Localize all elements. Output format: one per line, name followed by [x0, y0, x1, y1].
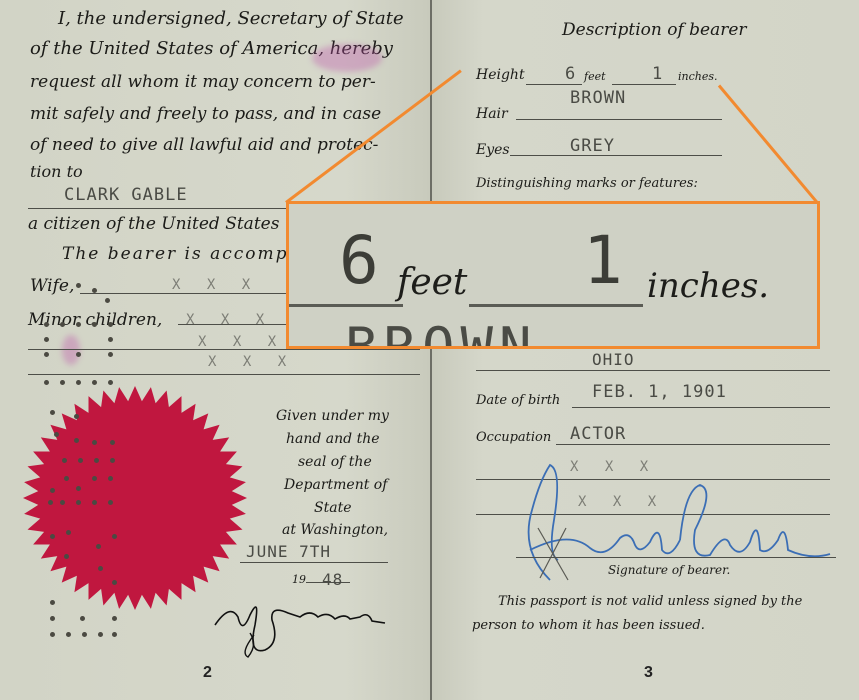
callout-inches-value: 1 [583, 222, 623, 299]
perforation-dot [48, 500, 53, 505]
hair-rule [516, 119, 722, 120]
wife-label: Wife, [30, 276, 74, 296]
perforation-dot [98, 566, 103, 571]
hair-value: BROWN [570, 88, 626, 108]
perforation-dot [94, 458, 99, 463]
page-number-left: 2 [203, 664, 212, 682]
intro-line-5: of need to give all lawful aid and prote… [30, 135, 378, 155]
callout-rule-left [286, 304, 403, 307]
year-suffix: 48 [322, 570, 343, 589]
birthplace-value: OHIO [592, 350, 635, 369]
children-value-3: X X X [208, 354, 295, 370]
callout-feet-label: feet [397, 262, 467, 303]
perforation-dot [92, 440, 97, 445]
perforation-dot [110, 440, 115, 445]
intro-line-3: request all whom it may concern to per- [30, 72, 376, 92]
perforation-dot [76, 380, 81, 385]
given-line-6: at Washington, [282, 522, 388, 538]
intro-line-4: mit safely and freely to pass, and in ca… [30, 104, 381, 124]
height-inches: 1 [652, 64, 663, 84]
given-line-4: Department of [284, 477, 387, 493]
date-rule [240, 562, 388, 563]
perforation-dot [74, 414, 79, 419]
callout-inches-label: inches. [647, 266, 769, 306]
perforation-dot [108, 500, 113, 505]
page-number-right: 3 [644, 664, 653, 682]
magnified-height-callout: 6 feet 1 inches. BROWN [286, 201, 820, 349]
given-line-5: State [314, 500, 351, 516]
perforation-dot [76, 322, 81, 327]
distinguishing-label: Distinguishing marks or features: [476, 176, 698, 191]
callout-rule-mid [469, 304, 643, 307]
intro-line-6: tion to [30, 162, 83, 181]
perforation-dot [105, 298, 110, 303]
height-label: Height [476, 67, 525, 83]
eyes-label: Eyes [476, 142, 510, 158]
eyes-rule [510, 155, 722, 156]
children-rule-3 [28, 374, 420, 375]
given-line-2: hand and the [286, 431, 380, 447]
perforation-dot [98, 632, 103, 637]
children-value-2: X X X [198, 334, 285, 350]
bearer-name: CLARK GABLE [64, 185, 188, 205]
perforation-dot [44, 337, 49, 342]
eyes-value: GREY [570, 136, 615, 156]
description-heading: Description of bearer [562, 20, 747, 40]
perforation-dot [76, 500, 81, 505]
inches-rule [612, 84, 676, 85]
perforation-dot [50, 616, 55, 621]
perforation-dot [74, 438, 79, 443]
perforation-dot [92, 380, 97, 385]
perforation-dot [108, 337, 113, 342]
secretary-signature-icon [210, 595, 390, 665]
perforation-dot [82, 632, 87, 637]
given-line-1: Given under my [276, 408, 389, 424]
feet-rule [526, 84, 582, 85]
children-value-1: X X X [186, 312, 273, 328]
wife-value: X X X [172, 277, 259, 293]
perforation-dot [66, 632, 71, 637]
perforation-dot [108, 322, 113, 327]
perforation-dot [108, 352, 113, 357]
perforation-dot [110, 458, 115, 463]
height-feet: 6 [565, 64, 576, 84]
perforation-dot [50, 488, 55, 493]
perforation-dot [80, 616, 85, 621]
perforation-dot [92, 476, 97, 481]
perforation-dot [60, 322, 65, 327]
occupation-label: Occupation [476, 430, 551, 445]
feet-label: feet [584, 70, 606, 83]
perforation-dot [50, 600, 55, 605]
occupation-rule [556, 444, 830, 445]
intro-line-1: I, the undersigned, Secretary of State [58, 8, 404, 29]
inches-label: inches. [678, 70, 718, 83]
perforation-dot [78, 458, 83, 463]
perforation-dot [76, 283, 81, 288]
perforation-dot [50, 410, 55, 415]
perforation-dot [96, 544, 101, 549]
minor-children-label: Minor children, [28, 310, 162, 330]
hair-label: Hair [476, 106, 508, 122]
ink-stain [62, 335, 80, 365]
dob-rule [572, 407, 830, 408]
year-prefix: 19 [292, 573, 306, 586]
perforation-dot [108, 476, 113, 481]
perforation-dot [60, 380, 65, 385]
ink-stain [312, 44, 382, 72]
perforation-dot [92, 288, 97, 293]
validity-line-2: person to whom it has been issued. [472, 618, 705, 633]
perforation-dot [92, 322, 97, 327]
perforation-dot [50, 632, 55, 637]
perforation-dot [54, 432, 59, 437]
perforation-dot [44, 322, 49, 327]
birthplace-rule [476, 370, 830, 371]
perforation-dot [112, 534, 117, 539]
perforation-dot [76, 352, 81, 357]
callout-feet-value: 6 [339, 222, 379, 299]
dob-value: FEB. 1, 1901 [592, 382, 727, 402]
perforation-dot [92, 500, 97, 505]
perforation-dot [62, 458, 67, 463]
callout-partial-text: BROWN [345, 316, 538, 349]
signature-label: Signature of bearer. [608, 563, 730, 577]
citizen-line: a citizen of the United States [28, 214, 279, 234]
perforation-dot [50, 534, 55, 539]
dob-label: Date of birth [476, 393, 560, 408]
right-page: Description of bearer Height 6 feet 1 in… [432, 0, 859, 700]
perforation-dot [112, 580, 117, 585]
red-seal-icon [20, 385, 255, 615]
given-line-3: seal of the [298, 454, 372, 470]
perforation-dot [64, 476, 69, 481]
signature-rule [516, 557, 836, 558]
issue-date: JUNE 7TH [246, 542, 331, 561]
perforation-dot [64, 554, 69, 559]
perforation-dot [112, 632, 117, 637]
occupation-value: ACTOR [570, 424, 626, 444]
perforation-dot [66, 530, 71, 535]
perforation-dot [60, 500, 65, 505]
validity-line-1: This passport is not valid unless signed… [498, 594, 802, 609]
perforation-dot [44, 352, 49, 357]
perforation-dot [76, 486, 81, 491]
perforation-dot [44, 380, 49, 385]
perforation-dot [108, 380, 113, 385]
left-page: I, the undersigned, Secretary of State o… [0, 0, 431, 700]
perforation-dot [112, 616, 117, 621]
